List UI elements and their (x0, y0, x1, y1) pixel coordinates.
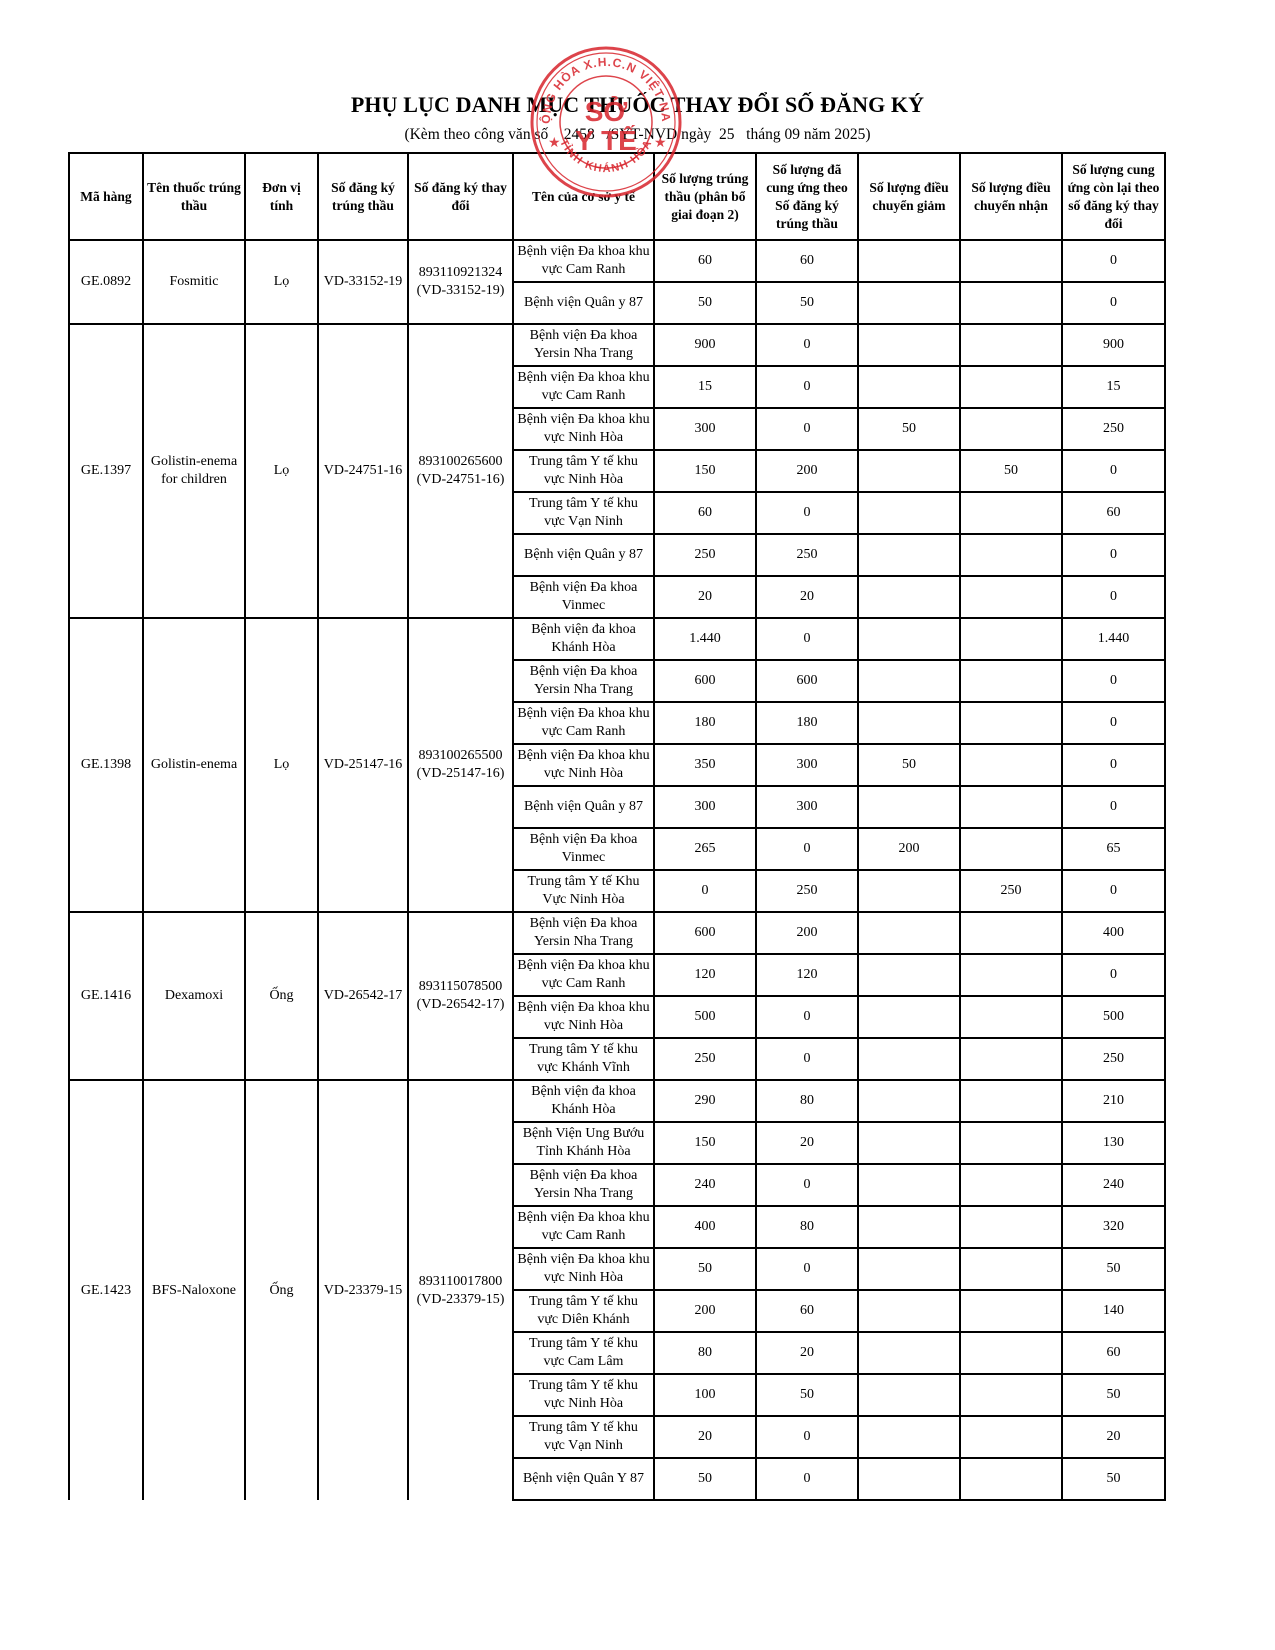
facility-name: Bệnh viện đa khoa Khánh Hòa (513, 1080, 654, 1122)
awarded-quantity: 0 (654, 870, 756, 912)
awarded-quantity: 20 (654, 576, 756, 618)
facility-name: Bệnh viện Đa khoa khu vực Cam Ranh (513, 240, 654, 282)
supplied-quantity: 0 (756, 1164, 858, 1206)
transfer-in-quantity (960, 912, 1062, 954)
new-registration-number: 893110921324(VD-33152-19) (408, 240, 513, 324)
registration-number: VD-23379-15 (318, 1080, 408, 1500)
table-row: GE.1423BFS-NaloxoneỐngVD-23379-158931100… (69, 1080, 1165, 1122)
transfer-out-quantity (858, 1458, 960, 1500)
facility-name: Bệnh viện Đa khoa Yersin Nha Trang (513, 660, 654, 702)
facility-name: Bệnh Viện Ung Bướu Tỉnh Khánh Hòa (513, 1122, 654, 1164)
supplied-quantity: 200 (756, 450, 858, 492)
remaining-quantity: 0 (1062, 786, 1165, 828)
awarded-quantity: 100 (654, 1374, 756, 1416)
transfer-in-quantity (960, 1164, 1062, 1206)
remaining-quantity: 0 (1062, 240, 1165, 282)
transfer-out-quantity (858, 996, 960, 1038)
awarded-quantity: 350 (654, 744, 756, 786)
transfer-in-quantity (960, 828, 1062, 870)
facility-name: Trung tâm Y tế khu vực Ninh Hòa (513, 1374, 654, 1416)
awarded-quantity: 60 (654, 492, 756, 534)
supplied-quantity: 60 (756, 240, 858, 282)
unit: Ống (245, 912, 318, 1080)
supplied-quantity: 0 (756, 366, 858, 408)
transfer-out-quantity: 50 (858, 408, 960, 450)
awarded-quantity: 60 (654, 240, 756, 282)
facility-name: Bệnh viện Quân y 87 (513, 534, 654, 576)
supplied-quantity: 20 (756, 1122, 858, 1164)
remaining-quantity: 50 (1062, 1374, 1165, 1416)
new-registration-number: 893100265600(VD-24751-16) (408, 324, 513, 618)
awarded-quantity: 1.440 (654, 618, 756, 660)
remaining-quantity: 140 (1062, 1290, 1165, 1332)
remaining-quantity: 0 (1062, 702, 1165, 744)
remaining-quantity: 210 (1062, 1080, 1165, 1122)
facility-name: Bệnh viện Đa khoa khu vực Cam Ranh (513, 1206, 654, 1248)
transfer-in-quantity (960, 1374, 1062, 1416)
awarded-quantity: 150 (654, 1122, 756, 1164)
transfer-out-quantity (858, 1374, 960, 1416)
registration-number: VD-24751-16 (318, 324, 408, 618)
transfer-in-quantity (960, 1458, 1062, 1500)
supplied-quantity: 250 (756, 534, 858, 576)
transfer-out-quantity (858, 1038, 960, 1080)
facility-name: Trung tâm Y tế Khu Vực Ninh Hòa (513, 870, 654, 912)
facility-name: Bệnh viện Đa khoa Yersin Nha Trang (513, 912, 654, 954)
header-row: Mã hàng Tên thuốc trúng thầu Đơn vị tính… (69, 153, 1165, 240)
facility-name: Bệnh viện Đa khoa khu vực Ninh Hòa (513, 1248, 654, 1290)
remaining-quantity: 50 (1062, 1248, 1165, 1290)
previous-registration-code: (VD-23379-15) (412, 1291, 509, 1309)
new-registration-code: 893110921324 (412, 264, 509, 282)
remaining-quantity: 250 (1062, 408, 1165, 450)
transfer-in-quantity (960, 744, 1062, 786)
supplied-quantity: 60 (756, 1290, 858, 1332)
transfer-in-quantity (960, 618, 1062, 660)
transfer-out-quantity (858, 366, 960, 408)
transfer-out-quantity (858, 1248, 960, 1290)
awarded-quantity: 900 (654, 324, 756, 366)
facility-name: Bệnh viện Đa khoa Vinmec (513, 828, 654, 870)
header-supplied-qty: Số lượng đã cung ứng theo Số đăng ký trú… (756, 153, 858, 240)
transfer-in-quantity (960, 1080, 1062, 1122)
facility-name: Bệnh viện Đa khoa Yersin Nha Trang (513, 324, 654, 366)
registration-number: VD-33152-19 (318, 240, 408, 324)
supplied-quantity: 200 (756, 912, 858, 954)
transfer-in-quantity (960, 576, 1062, 618)
awarded-quantity: 300 (654, 408, 756, 450)
facility-name: Trung tâm Y tế khu vực Vạn Ninh (513, 1416, 654, 1458)
transfer-in-quantity: 250 (960, 870, 1062, 912)
facility-name: Bệnh viện Đa khoa khu vực Ninh Hòa (513, 744, 654, 786)
awarded-quantity: 50 (654, 1248, 756, 1290)
transfer-out-quantity (858, 618, 960, 660)
remaining-quantity: 1.440 (1062, 618, 1165, 660)
awarded-quantity: 500 (654, 996, 756, 1038)
supplied-quantity: 0 (756, 492, 858, 534)
table-row: GE.1416DexamoxiỐngVD-26542-1789311507850… (69, 912, 1165, 954)
transfer-out-quantity (858, 324, 960, 366)
supplied-quantity: 250 (756, 870, 858, 912)
awarded-quantity: 290 (654, 1080, 756, 1122)
remaining-quantity: 20 (1062, 1416, 1165, 1458)
transfer-in-quantity (960, 996, 1062, 1038)
facility-name: Bệnh viện Đa khoa khu vực Ninh Hòa (513, 408, 654, 450)
remaining-quantity: 0 (1062, 744, 1165, 786)
supplied-quantity: 0 (756, 324, 858, 366)
facility-name: Trung tâm Y tế khu vực Cam Lâm (513, 1332, 654, 1374)
header-new-registration: Số đăng ký thay đổi (408, 153, 513, 240)
transfer-in-quantity (960, 1290, 1062, 1332)
drug-name: BFS-Naloxone (143, 1080, 245, 1500)
awarded-quantity: 50 (654, 282, 756, 324)
supplied-quantity: 0 (756, 996, 858, 1038)
new-registration-code: 893100265600 (412, 453, 509, 471)
supplied-quantity: 0 (756, 828, 858, 870)
transfer-in-quantity: 50 (960, 450, 1062, 492)
facility-name: Bệnh viện Đa khoa Vinmec (513, 576, 654, 618)
header-drug-name: Tên thuốc trúng thầu (143, 153, 245, 240)
remaining-quantity: 0 (1062, 954, 1165, 996)
facility-name: Bệnh viện Quân y 87 (513, 282, 654, 324)
registration-number: VD-26542-17 (318, 912, 408, 1080)
transfer-in-quantity (960, 492, 1062, 534)
awarded-quantity: 80 (654, 1332, 756, 1374)
new-registration-number: 893100265500(VD-25147-16) (408, 618, 513, 912)
transfer-out-quantity: 50 (858, 744, 960, 786)
facility-name: Trung tâm Y tế khu vực Ninh Hòa (513, 450, 654, 492)
awarded-quantity: 265 (654, 828, 756, 870)
transfer-out-quantity: 200 (858, 828, 960, 870)
transfer-out-quantity (858, 912, 960, 954)
transfer-in-quantity (960, 1206, 1062, 1248)
previous-registration-code: (VD-26542-17) (412, 996, 509, 1014)
new-registration-number: 893110017800(VD-23379-15) (408, 1080, 513, 1500)
transfer-in-quantity (960, 786, 1062, 828)
remaining-quantity: 0 (1062, 576, 1165, 618)
supplied-quantity: 300 (756, 744, 858, 786)
transfer-out-quantity (858, 1122, 960, 1164)
remaining-quantity: 0 (1062, 282, 1165, 324)
facility-name: Trung tâm Y tế khu vực Khánh Vĩnh (513, 1038, 654, 1080)
transfer-out-quantity (858, 1332, 960, 1374)
transfer-out-quantity (858, 660, 960, 702)
transfer-out-quantity (858, 1290, 960, 1332)
new-registration-code: 893115078500 (412, 978, 509, 996)
supplied-quantity: 600 (756, 660, 858, 702)
drug-name: Golistin-enema for children (143, 324, 245, 618)
awarded-quantity: 120 (654, 954, 756, 996)
transfer-in-quantity (960, 1122, 1062, 1164)
transfer-in-quantity (960, 240, 1062, 282)
remaining-quantity: 0 (1062, 534, 1165, 576)
drug-registration-table: Mã hàng Tên thuốc trúng thầu Đơn vị tính… (68, 152, 1166, 1501)
drug-name: Dexamoxi (143, 912, 245, 1080)
remaining-quantity: 500 (1062, 996, 1165, 1038)
item-code: GE.0892 (69, 240, 143, 324)
header-unit: Đơn vị tính (245, 153, 318, 240)
new-registration-code: 893110017800 (412, 1273, 509, 1291)
item-code: GE.1397 (69, 324, 143, 618)
remaining-quantity: 0 (1062, 870, 1165, 912)
facility-name: Bệnh viện Đa khoa khu vực Cam Ranh (513, 366, 654, 408)
transfer-out-quantity (858, 450, 960, 492)
supplied-quantity: 80 (756, 1206, 858, 1248)
supplied-quantity: 80 (756, 1080, 858, 1122)
transfer-out-quantity (858, 492, 960, 534)
header-transfer-in: Số lượng điều chuyển nhận (960, 153, 1062, 240)
remaining-quantity: 400 (1062, 912, 1165, 954)
remaining-quantity: 60 (1062, 492, 1165, 534)
transfer-out-quantity (858, 1080, 960, 1122)
previous-registration-code: (VD-25147-16) (412, 765, 509, 783)
unit: Ống (245, 1080, 318, 1500)
header-code: Mã hàng (69, 153, 143, 240)
drug-name: Golistin-enema (143, 618, 245, 912)
table-row: GE.1398Golistin-enemaLọVD-25147-16893100… (69, 618, 1165, 660)
header-facility: Tên của cơ sở y tế (513, 153, 654, 240)
table-row: GE.1397Golistin-enema for childrenLọVD-2… (69, 324, 1165, 366)
transfer-out-quantity (858, 240, 960, 282)
awarded-quantity: 50 (654, 1458, 756, 1500)
transfer-in-quantity (960, 534, 1062, 576)
previous-registration-code: (VD-24751-16) (412, 471, 509, 489)
supplied-quantity: 50 (756, 282, 858, 324)
supplied-quantity: 0 (756, 1416, 858, 1458)
facility-name: Bệnh viện Đa khoa Yersin Nha Trang (513, 1164, 654, 1206)
supplied-quantity: 0 (756, 618, 858, 660)
remaining-quantity: 320 (1062, 1206, 1165, 1248)
transfer-in-quantity (960, 324, 1062, 366)
supplied-quantity: 20 (756, 576, 858, 618)
unit: Lọ (245, 618, 318, 912)
supplied-quantity: 120 (756, 954, 858, 996)
transfer-out-quantity (858, 1164, 960, 1206)
remaining-quantity: 0 (1062, 450, 1165, 492)
transfer-out-quantity (858, 576, 960, 618)
unit: Lọ (245, 240, 318, 324)
transfer-in-quantity (960, 1416, 1062, 1458)
transfer-out-quantity (858, 534, 960, 576)
item-code: GE.1416 (69, 912, 143, 1080)
document-subtitle: (Kèm theo công văn số 2458 /SYT-NVD ngày… (0, 126, 1275, 144)
transfer-out-quantity (858, 870, 960, 912)
unit: Lọ (245, 324, 318, 618)
remaining-quantity: 250 (1062, 1038, 1165, 1080)
remaining-quantity: 50 (1062, 1458, 1165, 1500)
transfer-in-quantity (960, 702, 1062, 744)
transfer-in-quantity (960, 1332, 1062, 1374)
supplied-quantity: 0 (756, 1248, 858, 1290)
header-remaining-qty: Số lượng cung ứng còn lại theo số đăng k… (1062, 153, 1165, 240)
item-code: GE.1398 (69, 618, 143, 912)
registration-number: VD-25147-16 (318, 618, 408, 912)
awarded-quantity: 400 (654, 1206, 756, 1248)
new-registration-code: 893100265500 (412, 747, 509, 765)
item-code: GE.1423 (69, 1080, 143, 1500)
remaining-quantity: 130 (1062, 1122, 1165, 1164)
drug-name: Fosmitic (143, 240, 245, 324)
remaining-quantity: 900 (1062, 324, 1165, 366)
awarded-quantity: 200 (654, 1290, 756, 1332)
awarded-quantity: 250 (654, 1038, 756, 1080)
awarded-quantity: 300 (654, 786, 756, 828)
transfer-out-quantity (858, 702, 960, 744)
transfer-in-quantity (960, 282, 1062, 324)
remaining-quantity: 60 (1062, 1332, 1165, 1374)
transfer-in-quantity (960, 1248, 1062, 1290)
facility-name: Bệnh viện Quân Y 87 (513, 1458, 654, 1500)
awarded-quantity: 15 (654, 366, 756, 408)
supplied-quantity: 20 (756, 1332, 858, 1374)
supplied-quantity: 0 (756, 408, 858, 450)
supplied-quantity: 300 (756, 786, 858, 828)
transfer-out-quantity (858, 1416, 960, 1458)
previous-registration-code: (VD-33152-19) (412, 282, 509, 300)
header-transfer-out: Số lượng điều chuyển giảm (858, 153, 960, 240)
transfer-out-quantity (858, 786, 960, 828)
awarded-quantity: 600 (654, 660, 756, 702)
remaining-quantity: 15 (1062, 366, 1165, 408)
new-registration-number: 893115078500(VD-26542-17) (408, 912, 513, 1080)
facility-name: Trung tâm Y tế khu vực Diên Khánh (513, 1290, 654, 1332)
header-registration: Số đăng ký trúng thầu (318, 153, 408, 240)
awarded-quantity: 240 (654, 1164, 756, 1206)
transfer-in-quantity (960, 1038, 1062, 1080)
transfer-in-quantity (960, 408, 1062, 450)
awarded-quantity: 180 (654, 702, 756, 744)
facility-name: Trung tâm Y tế khu vực Vạn Ninh (513, 492, 654, 534)
transfer-out-quantity (858, 282, 960, 324)
awarded-quantity: 600 (654, 912, 756, 954)
transfer-in-quantity (960, 954, 1062, 996)
transfer-out-quantity (858, 1206, 960, 1248)
table-row: GE.0892FosmiticLọVD-33152-19893110921324… (69, 240, 1165, 282)
supplied-quantity: 180 (756, 702, 858, 744)
supplied-quantity: 0 (756, 1458, 858, 1500)
remaining-quantity: 0 (1062, 660, 1165, 702)
document-title: PHỤ LỤC DANH MỤC THUỐC THAY ĐỔI SỐ ĐĂNG … (0, 92, 1275, 118)
transfer-in-quantity (960, 660, 1062, 702)
header-awarded-qty: Số lượng trúng thầu (phân bổ giai đoạn 2… (654, 153, 756, 240)
transfer-in-quantity (960, 366, 1062, 408)
facility-name: Bệnh viện Đa khoa khu vực Cam Ranh (513, 702, 654, 744)
facility-name: Bệnh viện Quân y 87 (513, 786, 654, 828)
supplied-quantity: 50 (756, 1374, 858, 1416)
facility-name: Bệnh viện đa khoa Khánh Hòa (513, 618, 654, 660)
facility-name: Bệnh viện Đa khoa khu vực Ninh Hòa (513, 996, 654, 1038)
awarded-quantity: 150 (654, 450, 756, 492)
supplied-quantity: 0 (756, 1038, 858, 1080)
transfer-out-quantity (858, 954, 960, 996)
remaining-quantity: 65 (1062, 828, 1165, 870)
awarded-quantity: 20 (654, 1416, 756, 1458)
awarded-quantity: 250 (654, 534, 756, 576)
remaining-quantity: 240 (1062, 1164, 1165, 1206)
facility-name: Bệnh viện Đa khoa khu vực Cam Ranh (513, 954, 654, 996)
